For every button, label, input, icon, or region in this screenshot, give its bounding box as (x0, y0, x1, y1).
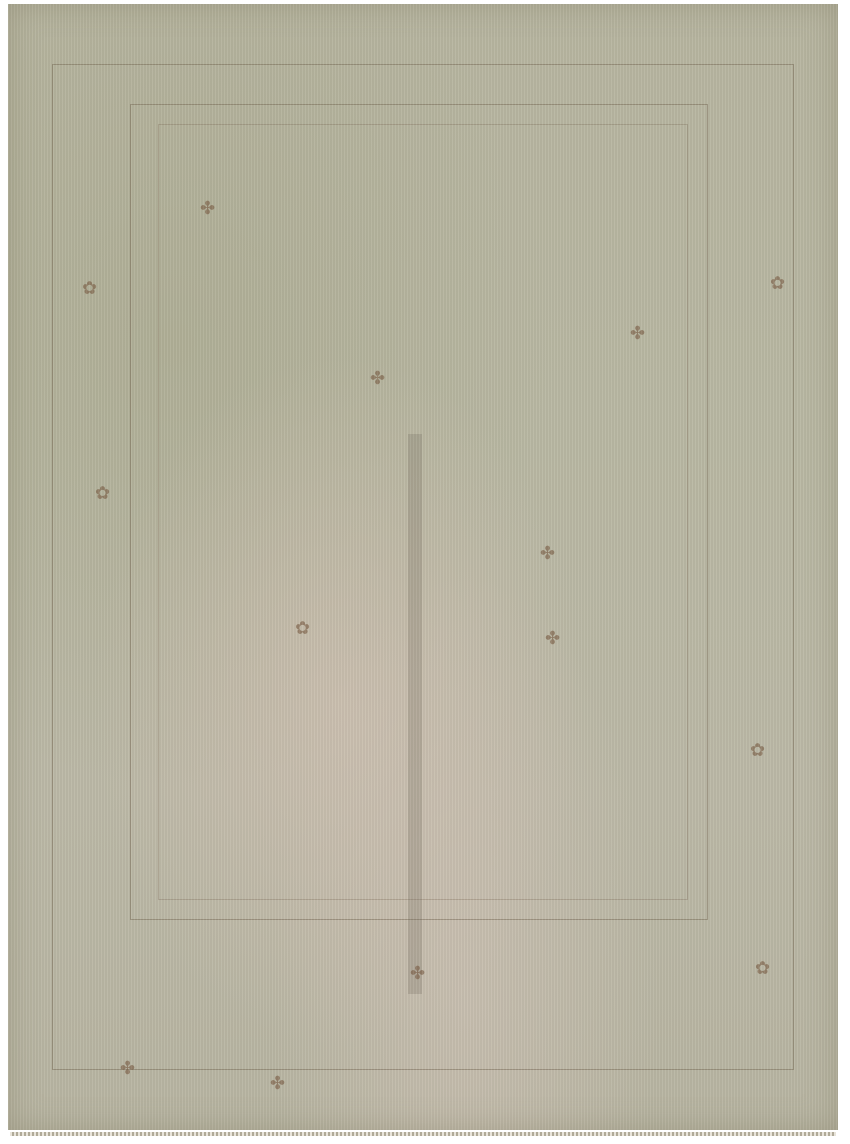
rug-photo: ✿✿✤✤✿✿✤✿✿✤✤✤✤✤ (8, 4, 838, 1130)
field-frame (158, 124, 688, 900)
flower-motif-icon: ✤ (270, 1075, 285, 1093)
vertical-stain (408, 434, 422, 994)
flower-motif-icon: ✿ (770, 275, 785, 293)
flower-motif-icon: ✿ (755, 960, 770, 978)
fringe (10, 1132, 836, 1136)
flower-motif-icon: ✤ (545, 630, 560, 648)
flower-motif-icon: ✤ (200, 200, 215, 218)
flower-motif-icon: ✤ (540, 545, 555, 563)
flower-motif-icon: ✤ (410, 965, 425, 983)
flower-motif-icon: ✿ (750, 742, 765, 760)
flower-motif-icon: ✿ (95, 485, 110, 503)
flower-motif-icon: ✿ (295, 620, 310, 638)
flower-motif-icon: ✤ (370, 370, 385, 388)
flower-motif-icon: ✿ (82, 280, 97, 298)
flower-motif-icon: ✤ (120, 1060, 135, 1078)
flower-motif-icon: ✤ (630, 325, 645, 343)
